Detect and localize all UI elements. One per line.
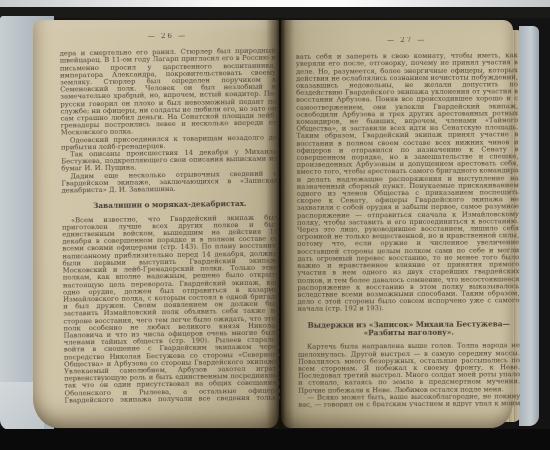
left-page-text: — 26 — дера и смертельно его ранил. Стюр…: [59, 32, 280, 405]
paragraph: — Всяко может быть, ваше высокоблагороди…: [298, 393, 520, 408]
background-light-strip: [0, 0, 550, 7]
right-page-number: — 27 —: [296, 36, 518, 45]
book-photo: — 26 — дера и смертельно его ранил. Стюр…: [0, 0, 550, 450]
section-heading: Завалишин о моряках-декабристах.: [62, 200, 278, 211]
section-heading: Выдержки из «Записок» Михаила Бестужева—…: [298, 320, 520, 338]
paragraph: «Всем известно, что Гвардейский экипаж б…: [62, 214, 281, 404]
paragraph: Картечь была направлена выше голов. Толп…: [298, 343, 520, 395]
paragraph: дера и смертельно его ранил. Стюрлер был…: [60, 48, 277, 137]
background-top: [0, 7, 550, 18]
paragraph: вать себя и запереть в свою комнату, что…: [296, 52, 520, 313]
book-cover-right-edge: [519, 26, 539, 426]
section-heading-line-2: «Разбиты наголову».: [298, 328, 520, 338]
right-page-text: — 27 — вать себя и запереть в свою комна…: [296, 36, 521, 408]
background-bottom: [0, 429, 550, 450]
paragraph: Дадим еще несколько отрывочных сведений …: [61, 170, 277, 195]
